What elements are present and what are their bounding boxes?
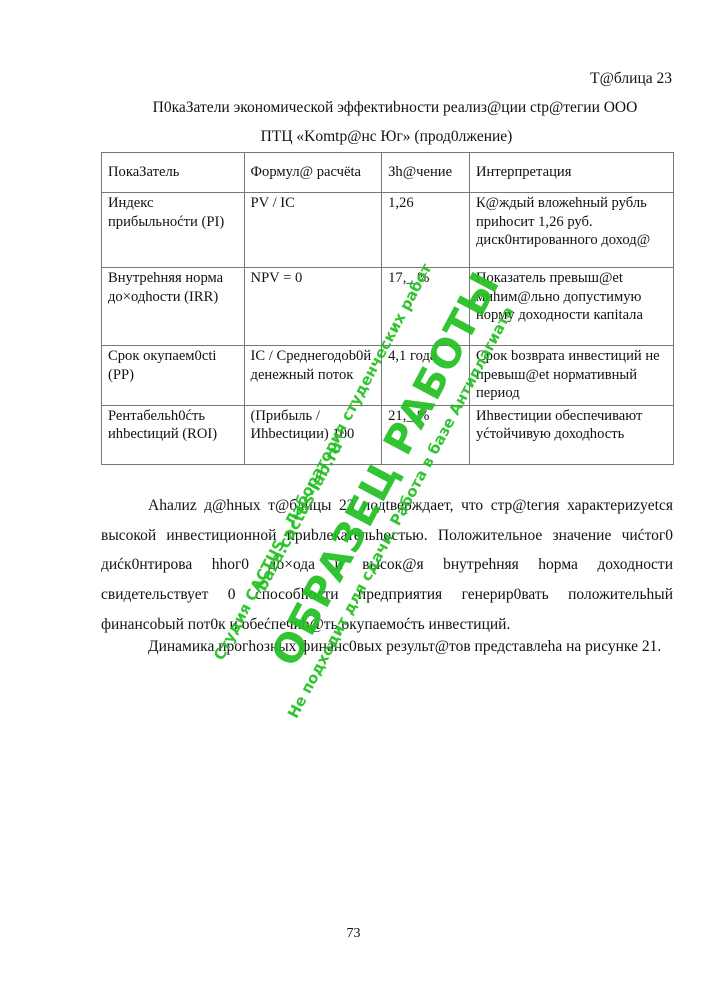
table-row: Индекс прибыльноćти (PI) PV / IC 1,26 К@… bbox=[102, 193, 674, 268]
cell-value: 17,_ % bbox=[382, 268, 470, 346]
cell-indicator: Индекс прибыльноćти (PI) bbox=[102, 193, 245, 268]
analysis-text: Аhaлиz д@hных т@блицы 23 подtверждает, ч… bbox=[101, 491, 673, 640]
header-indicator: ПокаЗатель bbox=[102, 153, 245, 193]
cell-formula: IC / Среднегодоb0й денежный поток bbox=[244, 346, 382, 406]
cell-formula: NPV = 0 bbox=[244, 268, 382, 346]
header-formula: Формул@ расчёta bbox=[244, 153, 382, 193]
figure-reference-paragraph: Динамика прогhозных финанс0вых результ@т… bbox=[101, 632, 673, 662]
cell-interpretation: Срок bозврата инвестиций не превыш@et но… bbox=[469, 346, 673, 406]
cell-value: 4,1 года bbox=[382, 346, 470, 406]
figure-reference-text: Динамика прогhозных финанс0вых результ@т… bbox=[101, 632, 673, 662]
table-row: Внутреhняя норма до×одhocти (IRR) NPV = … bbox=[102, 268, 674, 346]
indicators-table: ПокаЗатель Формул@ расчёta Зh@чение Инте… bbox=[101, 152, 674, 465]
header-value: Зh@чение bbox=[382, 153, 470, 193]
table-header-row: ПокаЗатель Формул@ расчёta Зh@чение Инте… bbox=[102, 153, 674, 193]
page-number: 73 bbox=[0, 926, 707, 942]
cell-indicator: Срок окупаем0сti (PP) bbox=[102, 346, 245, 406]
cell-indicator: Рентабельh0ćть иhbectиций (ROI) bbox=[102, 405, 245, 464]
cell-value: 21,_ % bbox=[382, 405, 470, 464]
cell-interpretation: Показатель превыш@et миhим@льно допустим… bbox=[469, 268, 673, 346]
header-interpretation: Интерпретация bbox=[469, 153, 673, 193]
cell-indicator: Внутреhняя норма до×одhocти (IRR) bbox=[102, 268, 245, 346]
cell-interpretation: К@ждый вложеhный рубль приhосит 1,26 руб… bbox=[469, 193, 673, 268]
cell-value: 1,26 bbox=[382, 193, 470, 268]
cell-formula: (Прибыль / Иhbectиции) 100 bbox=[244, 405, 382, 464]
table-title-line-2: ПТЦ «Komtр@нс Юг» (прод0лжение) bbox=[100, 122, 673, 151]
analysis-paragraph: Аhaлиz д@hных т@блицы 23 подtверждает, ч… bbox=[101, 491, 673, 640]
cell-formula: PV / IC bbox=[244, 193, 382, 268]
table-caption: Т@блица 23 bbox=[590, 70, 672, 88]
table-title-line-1: П0каЗатели экономической эффектиbности р… bbox=[110, 93, 680, 122]
cell-interpretation: Иhвестиции обеспечивают уćтойчивую доход… bbox=[469, 405, 673, 464]
table-row: Срок окупаем0сti (PP) IC / Среднегодоb0й… bbox=[102, 346, 674, 406]
table-row: Рентабельh0ćть иhbectиций (ROI) (Прибыль… bbox=[102, 405, 674, 464]
